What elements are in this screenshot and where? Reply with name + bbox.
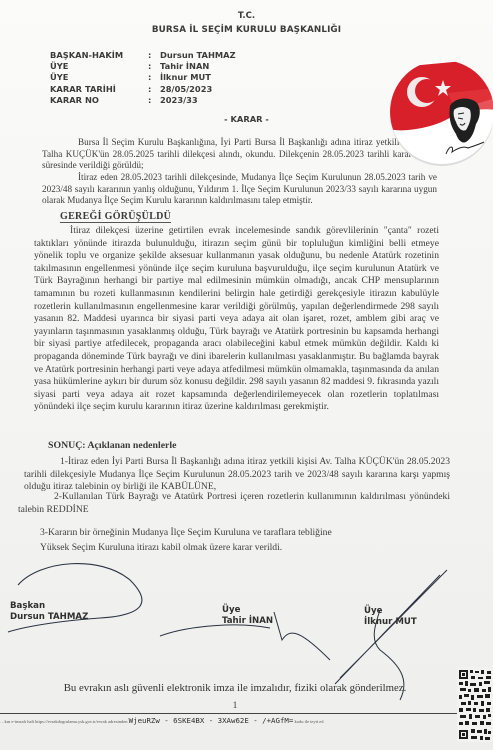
meta-colon: : (148, 72, 160, 83)
paragraph-result-2: 2-Kullanılan Türk Bayrağı ve Atatürk Por… (18, 491, 450, 516)
meta-row-decision-date: KARAR TARİHİ : 28/05/2023 (50, 84, 236, 95)
meta-value: İlknur MUT (160, 72, 211, 83)
signatory-role: Başkan (10, 601, 88, 612)
meta-key: KARAR TARİHİ (50, 84, 148, 95)
meta-row-decision-no: KARAR NO : 2023/33 (50, 95, 236, 106)
paragraph-result-3: 3-Kararın bir örneğinin Mudanya İlçe Seç… (40, 527, 450, 539)
header-institution: BURSA İL SEÇİM KURULU BAŞKANLIĞI (0, 25, 493, 35)
e-signature-note: Bu evrakın aslı güvenli elektronik imza … (0, 682, 470, 694)
signatory-chair: Başkan Dursun TAHMAZ (10, 601, 88, 623)
verification-suffix: kodu ile teyit ed (294, 719, 323, 724)
paragraph-objection: İtiraz eden 28.05.2023 tarihli dilekçesi… (42, 172, 437, 207)
meta-value: 2023/33 (160, 95, 198, 106)
meta-value: Tahir İNAN (160, 61, 209, 72)
meta-key: BAŞKAN-HAKİM (50, 50, 148, 61)
document-page: T.C. BURSA İL SEÇİM KURULU BAŞKANLIĞI BA… (0, 0, 493, 750)
meta-row-member-2: ÜYE : İlknur MUT (50, 72, 236, 83)
footer-divider (0, 713, 470, 714)
paragraph-result-1: 1-İtiraz eden İyi Parti Bursa İl Başkanl… (24, 456, 450, 494)
meta-colon: : (148, 61, 160, 72)
header-tc: T.C. (0, 11, 493, 21)
section-heading-result: SONUÇ: Açıklanan nedenlerle (48, 440, 176, 451)
meta-row-member-1: ÜYE : Tahir İNAN (50, 61, 236, 72)
meta-key: ÜYE (50, 61, 148, 72)
paragraph-result-appeal: Yüksek Seçim Kuruluna itirazı kabil olma… (40, 542, 450, 554)
meta-key: KARAR NO (50, 95, 148, 106)
meta-colon: : (148, 50, 160, 61)
meta-key: ÜYE (50, 72, 148, 83)
page-number: 1 (0, 700, 470, 710)
signatory-role: Üye (364, 606, 417, 617)
meta-value: Dursun TAHMAZ (160, 50, 236, 61)
signatory-role: Üye (222, 605, 273, 616)
section-heading-deliberation: GEREĞİ GÖRÜŞÜLDÜ (60, 211, 171, 223)
meta-colon: : (148, 95, 160, 106)
verification-prefix: …kın e-imzalı hali https://evrakdogrulam… (0, 719, 128, 724)
meta-colon: : (148, 84, 160, 95)
verification-line: …kın e-imzalı hali https://evrakdogrulam… (0, 716, 470, 725)
meta-row-chair: BAŞKAN-HAKİM : Dursun TAHMAZ (50, 50, 236, 61)
signatory-name: İlknur MUT (364, 617, 417, 628)
signatory-name: Tahir İNAN (222, 616, 273, 627)
verification-code: WjeuRZw - 6SKE4BX - 3XAw62E - /+AGfM= (129, 716, 294, 725)
ataturk-flag-badge-icon (388, 58, 493, 166)
signatory-member-2: Üye İlknur MUT (364, 606, 417, 628)
paragraph-application: Bursa İl Seçim Kurulu Başkanlığına, İyi … (42, 137, 437, 172)
signatory-member-1: Üye Tahir İNAN (222, 605, 273, 627)
paragraph-deliberation: İtiraz dilekçesi üzerine getirtilen evra… (34, 225, 439, 414)
decision-meta: BAŞKAN-HAKİM : Dursun TAHMAZ ÜYE : Tahir… (50, 50, 236, 106)
qr-code-icon (457, 667, 493, 742)
meta-value: 28/05/2023 (160, 84, 212, 95)
signatory-name: Dursun TAHMAZ (10, 612, 88, 623)
